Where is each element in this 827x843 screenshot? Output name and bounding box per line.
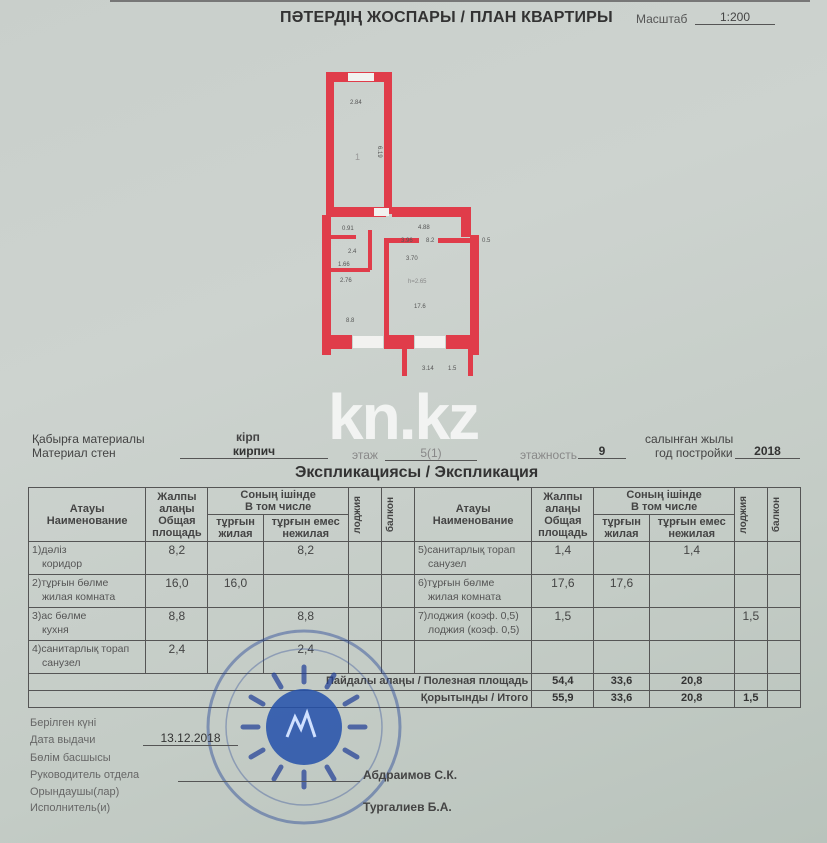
row-name: 1)дәлізкоридор	[29, 542, 146, 575]
header-including-2: Соның ішінде В том числе	[594, 488, 734, 515]
row-name-kz: 5)санитарлық торап	[418, 543, 528, 557]
wall-material-label-kz: Қабырға материалы	[32, 432, 145, 446]
floor-label: этаж	[352, 448, 378, 462]
svg-text:8.2: 8.2	[426, 238, 435, 244]
svg-text:1.66: 1.66	[338, 262, 350, 268]
scale-label: Масштаб	[636, 12, 687, 26]
row-name: 2)тұрғын бөлмежилая комната	[29, 575, 146, 608]
scale-value: 1:200	[695, 10, 775, 25]
year-label-kz: салынған жылы	[645, 432, 733, 446]
grand-total-row: Қорытынды / Итого 55,9 33,6 20,8 1,5	[29, 691, 801, 708]
header-name-2: Атауы Наименование	[414, 488, 531, 542]
year-value: 2018	[735, 444, 800, 459]
official-stamp	[197, 627, 412, 827]
cell-balcony	[767, 575, 800, 608]
floors-label: этажность	[520, 448, 577, 462]
row-name-kz: 6)тұрғын бөлме	[418, 576, 528, 590]
head-label-ru: Руководитель отдела	[30, 769, 139, 781]
header-total-2: Жалпы алаңы Общая площадь	[532, 488, 594, 542]
cell-loggia	[348, 542, 381, 575]
header-nonliving-2: тұрғын емес нежилая	[649, 515, 734, 542]
document-title: ПӘТЕРДІҢ ЖОСПАРЫ / ПЛАН КВАРТИРЫ	[280, 9, 613, 27]
svg-text:3.14: 3.14	[422, 366, 434, 372]
svg-text:3.96: 3.96	[401, 238, 413, 244]
cell-living	[208, 542, 263, 575]
cell-nonliving	[263, 575, 348, 608]
header-including: Соның ішінде В том числе	[208, 488, 348, 515]
issue-date-label-kz: Берілген күні	[30, 717, 96, 729]
cell-living: 17,6	[594, 575, 649, 608]
useful-total: 54,4	[532, 674, 594, 691]
svg-text:1: 1	[355, 152, 360, 162]
floors-value: 9	[578, 444, 626, 459]
cell-nonliving	[649, 608, 734, 641]
exec-label-ru: Исполнитель(и)	[30, 802, 110, 814]
header-living: тұрғын жилая	[208, 515, 263, 542]
row-name-kz: 4)санитарлық торап	[32, 642, 142, 656]
svg-text:0.91: 0.91	[342, 226, 354, 232]
row-name: 7)лоджия (коэф. 0,5)лоджия (коэф. 0,5)	[414, 608, 531, 641]
cell-living	[594, 542, 649, 575]
cell-living: 16,0	[208, 575, 263, 608]
cell-balcony	[767, 608, 800, 641]
exec-label-kz: Орындаушы(лар)	[30, 786, 119, 798]
header-living-2: тұрғын жилая	[594, 515, 649, 542]
row-name-kz: 7)лоджия (коэф. 0,5)	[418, 609, 528, 623]
explication-table: Атауы Наименование Жалпы алаңы Общая пло…	[28, 487, 801, 708]
useful-loggia	[734, 674, 767, 691]
row-name: 6)тұрғын бөлмежилая комната	[414, 575, 531, 608]
cell-total: 8,2	[146, 542, 208, 575]
cell-total: 16,0	[146, 575, 208, 608]
row-name-kz: 2)тұрғын бөлме	[32, 576, 142, 590]
wall-material-value-kz: кірп	[236, 430, 260, 444]
year-label-ru: год постройки	[655, 446, 733, 460]
header-loggia-2: лоджия	[738, 496, 749, 534]
header-balcony: балкон	[385, 497, 396, 532]
table-row: 2)тұрғын бөлмежилая комната16,016,06)тұр…	[29, 575, 801, 608]
row-name-ru: лоджия (коэф. 0,5)	[418, 623, 528, 637]
cell-balcony	[767, 542, 800, 575]
head-label-kz: Бөлім басшысы	[30, 752, 111, 764]
cell-balcony	[767, 641, 800, 674]
grand-nonliving: 20,8	[649, 691, 734, 708]
header-balcony-2: балкон	[771, 497, 782, 532]
explication-title: Экспликациясы / Экспликация	[295, 464, 538, 482]
svg-text:8.8: 8.8	[346, 318, 355, 324]
cell-total	[532, 641, 594, 674]
useful-area-row: Пайдалы алаңы / Полезная площадь 54,4 33…	[29, 674, 801, 691]
row-name-ru: жилая комната	[32, 590, 142, 604]
room1-width: 2.84	[350, 100, 362, 106]
exec-name: Тургалиев Б.А.	[363, 800, 452, 814]
svg-text:2.76: 2.76	[340, 278, 352, 284]
svg-text:0.5: 0.5	[482, 238, 491, 244]
row-name	[414, 641, 531, 674]
issue-date: 13.12.2018	[143, 731, 238, 746]
cell-loggia	[734, 575, 767, 608]
head-name: Абдраимов С.К.	[363, 768, 457, 782]
header-loggia: лоджия	[352, 496, 363, 534]
useful-living: 33,6	[594, 674, 649, 691]
svg-text:1.5: 1.5	[448, 366, 457, 372]
cell-nonliving: 1,4	[649, 542, 734, 575]
cell-loggia	[734, 641, 767, 674]
floor-value: 5(1)	[385, 446, 477, 461]
svg-text:3.70: 3.70	[406, 256, 418, 262]
header-total: Жалпы алаңы Общая площадь	[146, 488, 208, 542]
floor-plan: 2.84 1 6.19 4.88 8.2 3.96 3.70 0.91 1.66…	[318, 70, 498, 380]
svg-text:h=2.65: h=2.65	[408, 279, 427, 285]
table-row: 1)дәлізкоридор8,28,25)санитарлық торапса…	[29, 542, 801, 575]
page-top-edge	[110, 0, 810, 2]
head-signature-line	[178, 781, 360, 782]
cell-balcony	[381, 575, 414, 608]
row-name-kz: 1)дәліз	[32, 543, 142, 557]
svg-text:17.6: 17.6	[414, 304, 426, 310]
row-name: 5)санитарлық торапсанузел	[414, 542, 531, 575]
cell-total: 1,4	[532, 542, 594, 575]
svg-text:6.19: 6.19	[376, 146, 382, 158]
floor-plan-drawing: 2.84 1 6.19 4.88 8.2 3.96 3.70 0.91 1.66…	[318, 70, 498, 380]
wall-material-value-ru: кирпич	[180, 444, 328, 459]
cell-loggia	[734, 542, 767, 575]
cell-loggia	[348, 575, 381, 608]
useful-nonliving: 20,8	[649, 674, 734, 691]
table-row: 3)ас бөлмекухня8,88,87)лоджия (коэф. 0,5…	[29, 608, 801, 641]
grand-balcony	[767, 691, 800, 708]
cell-nonliving	[649, 575, 734, 608]
grand-living: 33,6	[594, 691, 649, 708]
row-name: 3)ас бөлмекухня	[29, 608, 146, 641]
row-name-ru: кухня	[32, 623, 142, 637]
row-name-ru: санузел	[418, 557, 528, 571]
table-row: 4)санитарлық торапсанузел2,42,4	[29, 641, 801, 674]
cell-total: 17,6	[532, 575, 594, 608]
row-name-ru: санузел	[32, 656, 142, 670]
grand-loggia: 1,5	[734, 691, 767, 708]
cell-living	[594, 608, 649, 641]
cell-nonliving	[649, 641, 734, 674]
row-name-ru: жилая комната	[418, 590, 528, 604]
grand-total: 55,9	[532, 691, 594, 708]
walls	[322, 72, 479, 376]
row-name-kz: 3)ас бөлме	[32, 609, 142, 623]
row-name-ru: коридор	[32, 557, 142, 571]
svg-text:2.4: 2.4	[348, 249, 357, 255]
cell-living	[594, 641, 649, 674]
cell-loggia: 1,5	[734, 608, 767, 641]
header-name: Атауы Наименование	[29, 488, 146, 542]
cell-total: 1,5	[532, 608, 594, 641]
watermark: kn.kz	[328, 380, 478, 454]
wall-material-label-ru: Материал стен	[32, 446, 116, 460]
header-nonliving: тұрғын емес нежилая	[263, 515, 348, 542]
svg-text:4.88: 4.88	[418, 225, 430, 231]
cell-nonliving: 8,2	[263, 542, 348, 575]
row-name: 4)санитарлық торапсанузел	[29, 641, 146, 674]
useful-balcony	[767, 674, 800, 691]
cell-balcony	[381, 542, 414, 575]
issue-date-label-ru: Дата выдачи	[30, 734, 95, 746]
